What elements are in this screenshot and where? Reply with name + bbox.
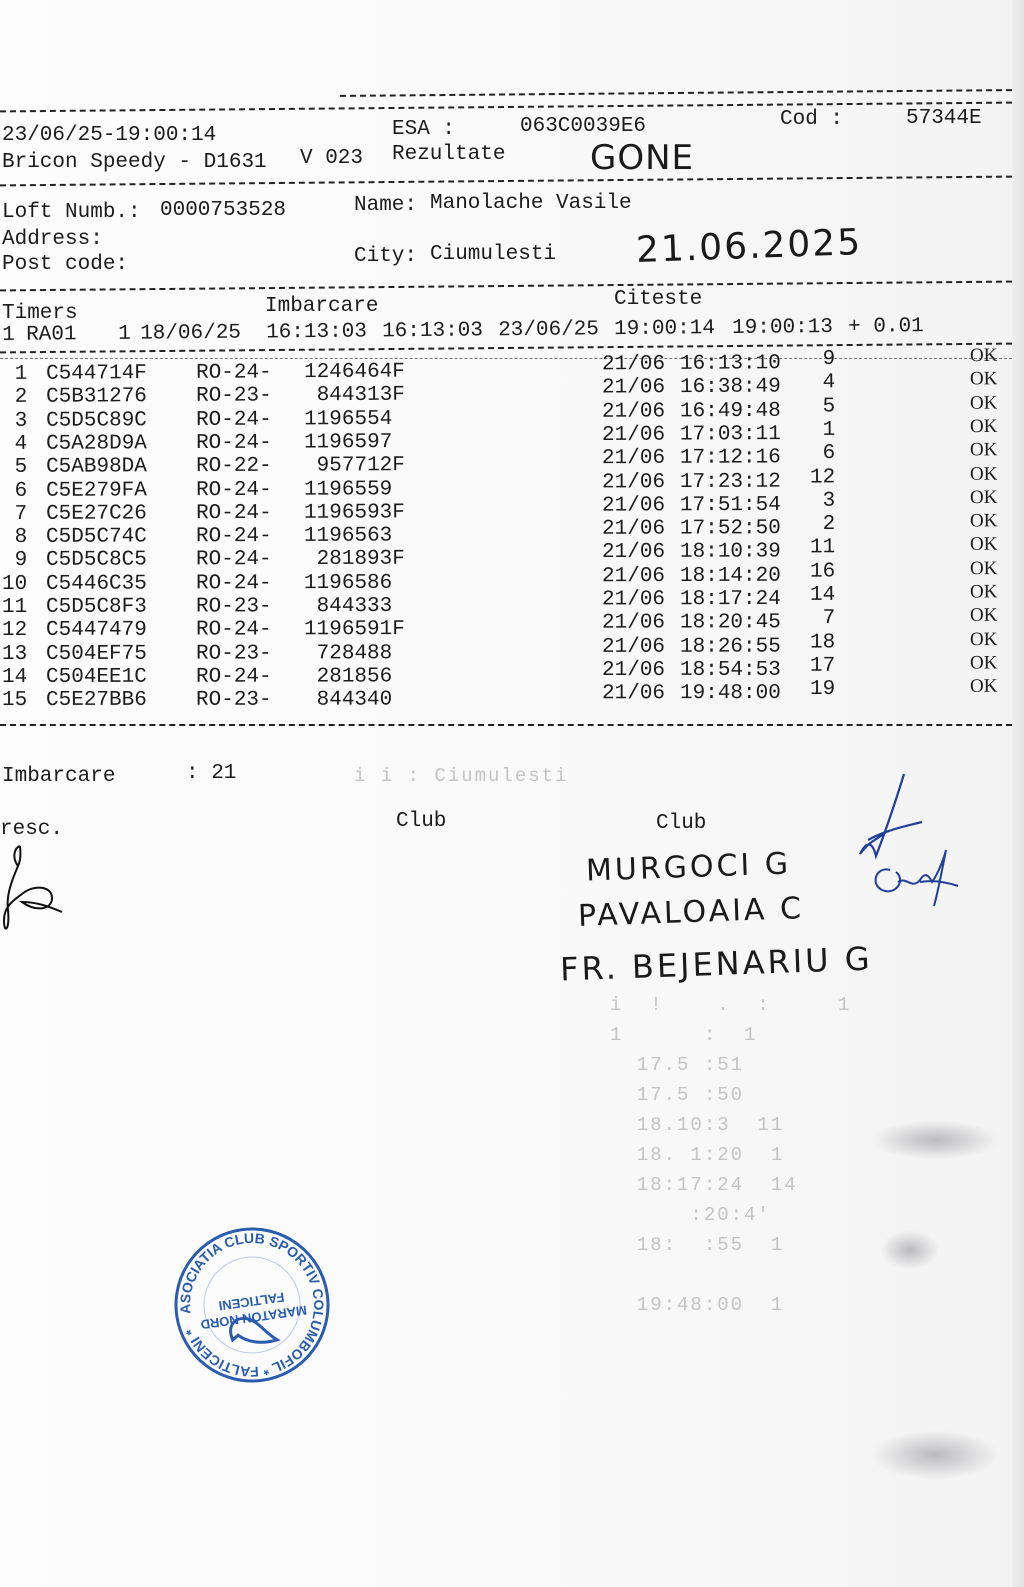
- arrival-time: 16:13:10: [680, 352, 781, 376]
- status-badge: OK: [970, 345, 998, 367]
- table-row: 5C5AB98DARO-22- 957712F21/0617:12:16 6OK: [0, 451, 1012, 479]
- arrival-time: 18:10:39: [680, 541, 781, 564]
- arrival-time: 17:52:50: [680, 517, 781, 540]
- arrival-time: 17:12:16: [680, 447, 781, 470]
- chip-id: C5B31276: [46, 385, 147, 409]
- table-row: 7C5E27C26RO-24-1196593F21/0617:51:54 3OK: [0, 499, 1012, 526]
- arrival-date: 21/06: [602, 424, 665, 447]
- arrival-date: 21/06: [602, 494, 665, 517]
- esa-value: 063C0039E6: [520, 115, 646, 138]
- ghost-text: i i : Ciumulesti: [354, 765, 568, 787]
- arrival-date: 21/06: [602, 541, 665, 564]
- handwritten-note: GONE: [590, 138, 694, 178]
- ring-prefix: RO-24-: [196, 619, 272, 642]
- scan-smudge: [880, 1230, 940, 1270]
- arrival-code: 2: [810, 513, 835, 536]
- arrival-date: 21/06: [602, 447, 665, 470]
- status-badge: OK: [970, 605, 998, 627]
- table-row: 8C5D5C74CRO-24-119656321/0617:52:50 2OK: [0, 522, 1012, 549]
- row-number: 8: [2, 526, 27, 549]
- table-row: 9C5D5C8C5RO-24- 281893F21/0618:10:3911OK: [0, 546, 1012, 572]
- witness-name: FR. BEJENARIU G: [559, 940, 873, 989]
- status-badge: OK: [970, 392, 998, 414]
- arrival-date: 21/06: [602, 635, 665, 658]
- ring-number: 844333: [304, 595, 392, 618]
- arrival-date: 21/06: [602, 471, 665, 494]
- loft-number: 0000753528: [160, 199, 286, 222]
- club-label-1: Club: [396, 810, 446, 833]
- ring-prefix: RO-24-: [196, 478, 272, 501]
- ring-number: 844340: [304, 689, 392, 712]
- ring-number: 281893F: [304, 548, 405, 571]
- status-badge: OK: [970, 369, 998, 391]
- ring-prefix: RO-24-: [196, 502, 272, 525]
- chip-id: C504EF75: [46, 642, 147, 665]
- divider: [0, 724, 1012, 726]
- divider: [0, 281, 1012, 292]
- arrival-code: 12: [810, 466, 835, 489]
- resc-label: resc.: [0, 818, 63, 841]
- ring-prefix: RO-24-: [196, 432, 272, 455]
- chip-id: C504EE1C: [46, 666, 147, 689]
- arrival-time: 19:48:00: [680, 682, 781, 705]
- ring-number: 728488: [304, 642, 392, 665]
- chip-id: C5447479: [46, 619, 147, 642]
- imbarcare-count: : 21: [186, 762, 236, 785]
- address-label: Address:: [2, 228, 103, 251]
- cod-label: Cod :: [780, 108, 843, 131]
- divider: [0, 102, 1012, 113]
- chip-id: C5E27C26: [46, 502, 147, 525]
- arrival-code: 9: [810, 348, 835, 371]
- ring-number: 844313F: [304, 384, 405, 408]
- signature-icon: [0, 840, 70, 935]
- arrival-code: 16: [810, 560, 835, 583]
- imbarcare-count-label: Imbarcare: [2, 765, 115, 788]
- arrival-time: 18:20:45: [680, 612, 781, 635]
- divider: [340, 89, 1012, 97]
- ring-prefix: RO-23-: [196, 595, 272, 618]
- ring-number: 1196554: [304, 407, 392, 430]
- chip-id: C5D5C8F3: [46, 596, 147, 619]
- chip-id: C5A28D9A: [46, 432, 147, 456]
- row-number: 12: [2, 619, 27, 642]
- arrival-code: 6: [810, 442, 835, 465]
- ring-number: 957712F: [304, 454, 405, 477]
- row-number: 13: [2, 643, 27, 666]
- status-badge: OK: [970, 581, 998, 603]
- ring-prefix: RO-24-: [196, 665, 272, 688]
- row-number: 3: [2, 409, 27, 432]
- report-type: Rezultate: [392, 143, 505, 166]
- status-badge: OK: [970, 463, 998, 485]
- arrival-time: 17:03:11: [680, 423, 781, 447]
- status-badge: OK: [970, 534, 998, 556]
- ring-number: 1196563: [304, 525, 392, 548]
- table-row: 10C5446C35RO-24-119658621/0618:14:2016OK: [0, 570, 1012, 596]
- ring-prefix: RO-24-: [196, 408, 272, 431]
- arrival-date: 21/06: [602, 588, 665, 611]
- table-row: 14C504EE1CRO-24- 28185621/0618:54:5317OK: [0, 664, 1012, 689]
- arrival-time: 18:14:20: [680, 564, 781, 587]
- club-stamp-icon: ASOCIATIA CLUB SPORTIV COLUMBOFIL * FALT…: [162, 1215, 343, 1396]
- signature-icon: [846, 770, 966, 920]
- divider: [0, 176, 1012, 187]
- ring-number: 1196586: [304, 572, 392, 595]
- arrival-time: 16:49:48: [680, 399, 781, 423]
- chip-id: C5446C35: [46, 572, 147, 595]
- arrival-code: 14: [810, 584, 835, 607]
- status-badge: OK: [970, 510, 998, 532]
- fancier-name: Manolache Vasile: [430, 192, 632, 215]
- arrival-time: 17:51:54: [680, 494, 781, 517]
- row-number: 15: [2, 689, 27, 712]
- arrival-date: 21/06: [602, 612, 665, 635]
- arrival-time: 17:23:12: [680, 470, 781, 493]
- read-date: 23/06/25: [498, 318, 599, 342]
- chip-id: C544714F: [46, 362, 147, 386]
- row-number: 11: [2, 596, 27, 619]
- ring-number: 281856: [304, 665, 392, 688]
- row-number: 7: [2, 503, 27, 526]
- arrival-code: 11: [810, 537, 835, 560]
- esa-label: ESA :: [392, 118, 455, 141]
- ring-number: 1196593F: [304, 501, 405, 524]
- arrival-date: 21/06: [602, 376, 665, 399]
- city-label: City:: [354, 245, 417, 268]
- status-badge: OK: [970, 416, 998, 438]
- status-badge: OK: [970, 676, 997, 698]
- table-row: 6C5E279FARO-24-119655921/0617:23:1212OK: [0, 475, 1012, 502]
- scan-smudge: [870, 1120, 1000, 1160]
- witness-name: PAVALOAIA C: [577, 891, 804, 934]
- basket-date: 18/06/25: [140, 322, 241, 346]
- postcode-label: Post code:: [2, 253, 128, 276]
- city-value: Ciumulesti: [430, 243, 556, 266]
- ring-prefix: RO-24-: [196, 361, 272, 384]
- arrival-code: 3: [810, 489, 835, 512]
- arrival-code: 18: [810, 631, 835, 654]
- table-row: 12C5447479RO-24-1196591F21/0618:20:45 7O…: [0, 617, 1012, 642]
- witness-name: MURGOCI G: [585, 846, 791, 888]
- arrival-date: 21/06: [602, 682, 665, 705]
- device-version: V 023: [300, 147, 363, 170]
- chip-id: C5E27BB6: [46, 689, 147, 712]
- arrival-time: 18:54:53: [680, 659, 781, 682]
- row-number: 4: [2, 433, 27, 456]
- timer-row: 1 RA01 1 18/06/25 16:13:03 16:13:03 23/0…: [0, 308, 1012, 344]
- row-number: 10: [2, 573, 27, 596]
- chip-id: C5D5C74C: [46, 526, 147, 549]
- results-printout: 23/06/25-19:00:14 ESA : 063C0039E6 Cod :…: [0, 0, 1012, 1587]
- read-time: 19:00:14: [614, 317, 715, 341]
- chip-id: C5D5C8C5: [46, 549, 147, 572]
- row-number: 1: [2, 363, 27, 386]
- chip-id: C5E279FA: [46, 479, 147, 502]
- citeste-header: Citeste: [614, 288, 702, 311]
- cod-value: 57344E: [906, 107, 982, 130]
- ring-prefix: RO-23-: [196, 642, 272, 665]
- clock-deviation: + 0.01: [848, 315, 924, 339]
- ring-prefix: RO-23-: [196, 689, 272, 712]
- scan-smudge: [870, 1430, 1000, 1480]
- ring-number: 1196591F: [304, 618, 405, 641]
- row-number: 2: [2, 386, 27, 409]
- arrival-code: 17: [810, 655, 835, 678]
- chip-id: C5AB98DA: [46, 455, 147, 478]
- ring-number: 1196597: [304, 431, 392, 454]
- loft-label: Loft Numb.:: [2, 201, 141, 224]
- arrival-date: 21/06: [602, 659, 665, 682]
- arrival-date: 21/06: [602, 518, 665, 541]
- basket-time: 16:13:03: [266, 320, 367, 344]
- arrival-date: 21/06: [602, 400, 665, 423]
- arrival-time: 16:38:49: [680, 376, 781, 400]
- row-number: 14: [2, 666, 27, 689]
- ring-number: 1246464F: [304, 361, 405, 385]
- device-name: Bricon Speedy - D1631: [2, 151, 267, 174]
- arrival-code: 1: [810, 419, 835, 442]
- table-row: 15C5E27BB6RO-23- 84434021/0619:48:0019OK: [0, 688, 1012, 712]
- table-row: 13C504EF75RO-23- 72848821/0618:26:5518OK: [0, 641, 1012, 666]
- print-datetime: 23/06/25-19:00:14: [2, 124, 216, 147]
- arrival-date: 21/06: [602, 353, 665, 376]
- ghost-text: i ! . : 11 : 1 17.5 :51 17.5 :50 18.10:3…: [610, 990, 851, 1320]
- arrival-code: 5: [810, 395, 835, 418]
- name-label: Name:: [354, 194, 417, 217]
- status-badge: OK: [970, 652, 997, 674]
- table-row: 11C5D5C8F3RO-23- 84433321/0618:17:2414OK: [0, 593, 1012, 619]
- ring-prefix: RO-24-: [196, 572, 272, 595]
- row-number: 5: [2, 456, 27, 479]
- ring-prefix: RO-24-: [196, 548, 272, 571]
- scan-edge: [1012, 0, 1024, 1587]
- timer-id: RA01: [26, 323, 77, 346]
- ring-prefix: RO-22-: [196, 455, 272, 478]
- arrival-code: 4: [810, 371, 835, 394]
- row-number: 9: [2, 549, 27, 572]
- arrival-code: 7: [810, 607, 835, 630]
- club-label-2: Club: [656, 812, 706, 835]
- arrival-date: 21/06: [602, 565, 665, 588]
- ring-prefix: RO-23-: [196, 385, 272, 408]
- ring-prefix: RO-24-: [196, 525, 272, 548]
- arrival-time: 18:17:24: [680, 588, 781, 611]
- handwritten-date: 21.06.2025: [635, 222, 862, 271]
- arrival-time: 18:26:55: [680, 635, 781, 658]
- status-badge: OK: [970, 558, 998, 580]
- status-badge: OK: [970, 629, 997, 651]
- arrival-code: 19: [810, 678, 835, 701]
- status-badge: OK: [970, 487, 998, 509]
- chip-id: C5D5C89C: [46, 409, 147, 433]
- status-badge: OK: [970, 439, 998, 461]
- row-number: 6: [2, 479, 27, 502]
- ring-number: 1196559: [304, 478, 392, 501]
